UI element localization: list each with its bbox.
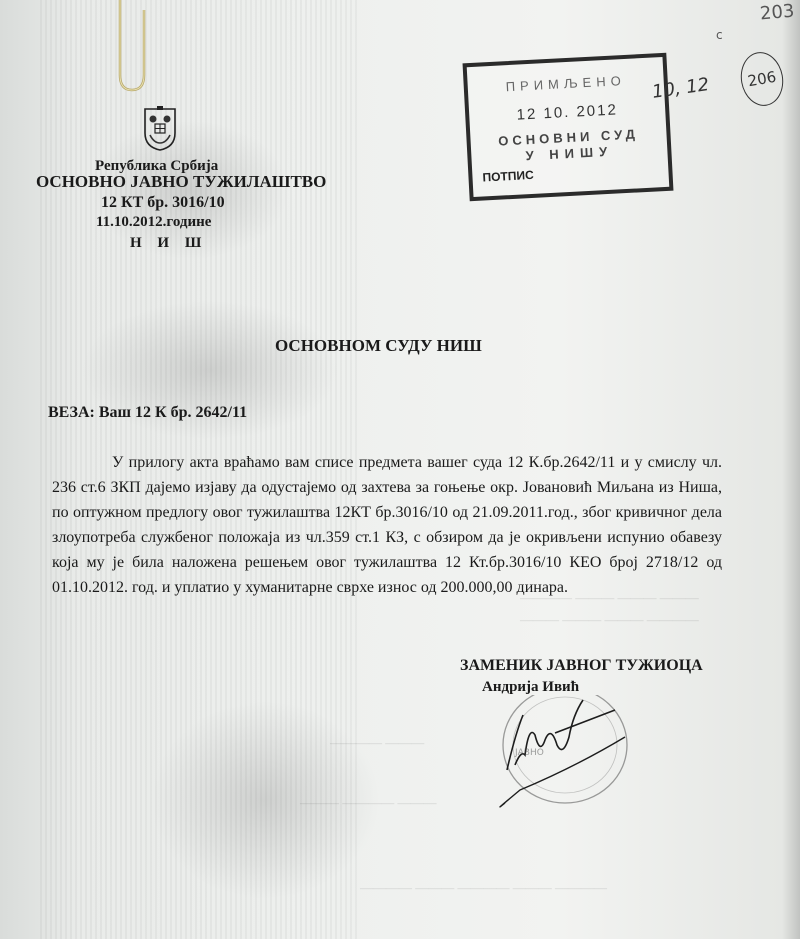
addressee: ОСНОВНОМ СУДУ НИШ	[275, 336, 482, 356]
institution-name: ОСНОВНО ЈАВНО ТУЖИЛАШТВО	[36, 172, 326, 192]
handwritten-mark: c	[716, 28, 723, 42]
handwritten-page-number: 203	[759, 1, 795, 25]
page-edge-shadow	[782, 0, 800, 939]
seal-text: ЈАВНО	[514, 748, 544, 758]
city-name: Н И Ш	[130, 235, 207, 252]
signatory-title: ЗАМЕНИК ЈАВНОГ ТУЖИОЦА	[460, 657, 703, 675]
coat-of-arms-icon	[142, 105, 178, 151]
circled-page-number: 206	[737, 49, 788, 109]
received-stamp: ПРИМЉЕНО 12 10. 2012 ОСНОВНИ СУД У НИШУ …	[463, 53, 674, 201]
scanned-document-page: ———— ——— ——— ——— ——— ——— ——— ———— ———— —…	[0, 0, 800, 939]
paperclip-icon	[112, 0, 148, 95]
stamp-signature-label: ПОТПИС	[482, 168, 534, 185]
body-paragraph: У прилогу акта враћамо вам списе предмет…	[52, 450, 722, 600]
case-number: 12 КТ бр. 3016/10	[101, 194, 225, 212]
bleed-through-text: ———— ——— ———— ——— ————	[360, 880, 607, 896]
circled-number-text: 206	[746, 68, 777, 91]
letter-body: У прилогу акта враћамо вам списе предмет…	[52, 450, 722, 600]
signatory-name: Андрија Ивић	[482, 679, 579, 696]
reference-line: ВЕЗА: Ваш 12 К бр. 2642/11	[48, 404, 247, 422]
bleed-through-text: ——— ——— ——— ————	[520, 612, 699, 628]
smudge	[150, 700, 380, 900]
bleed-through-text: ——— ———— ———	[300, 795, 437, 811]
document-date: 11.10.2012.године	[96, 214, 211, 231]
stamp-date: 12 10. 2012	[469, 99, 666, 126]
signature-and-seal: ЈАВНО	[485, 695, 635, 815]
stamp-received-label: ПРИМЉЕНО	[467, 71, 664, 96]
bleed-through-text: ———— ———	[330, 735, 424, 751]
